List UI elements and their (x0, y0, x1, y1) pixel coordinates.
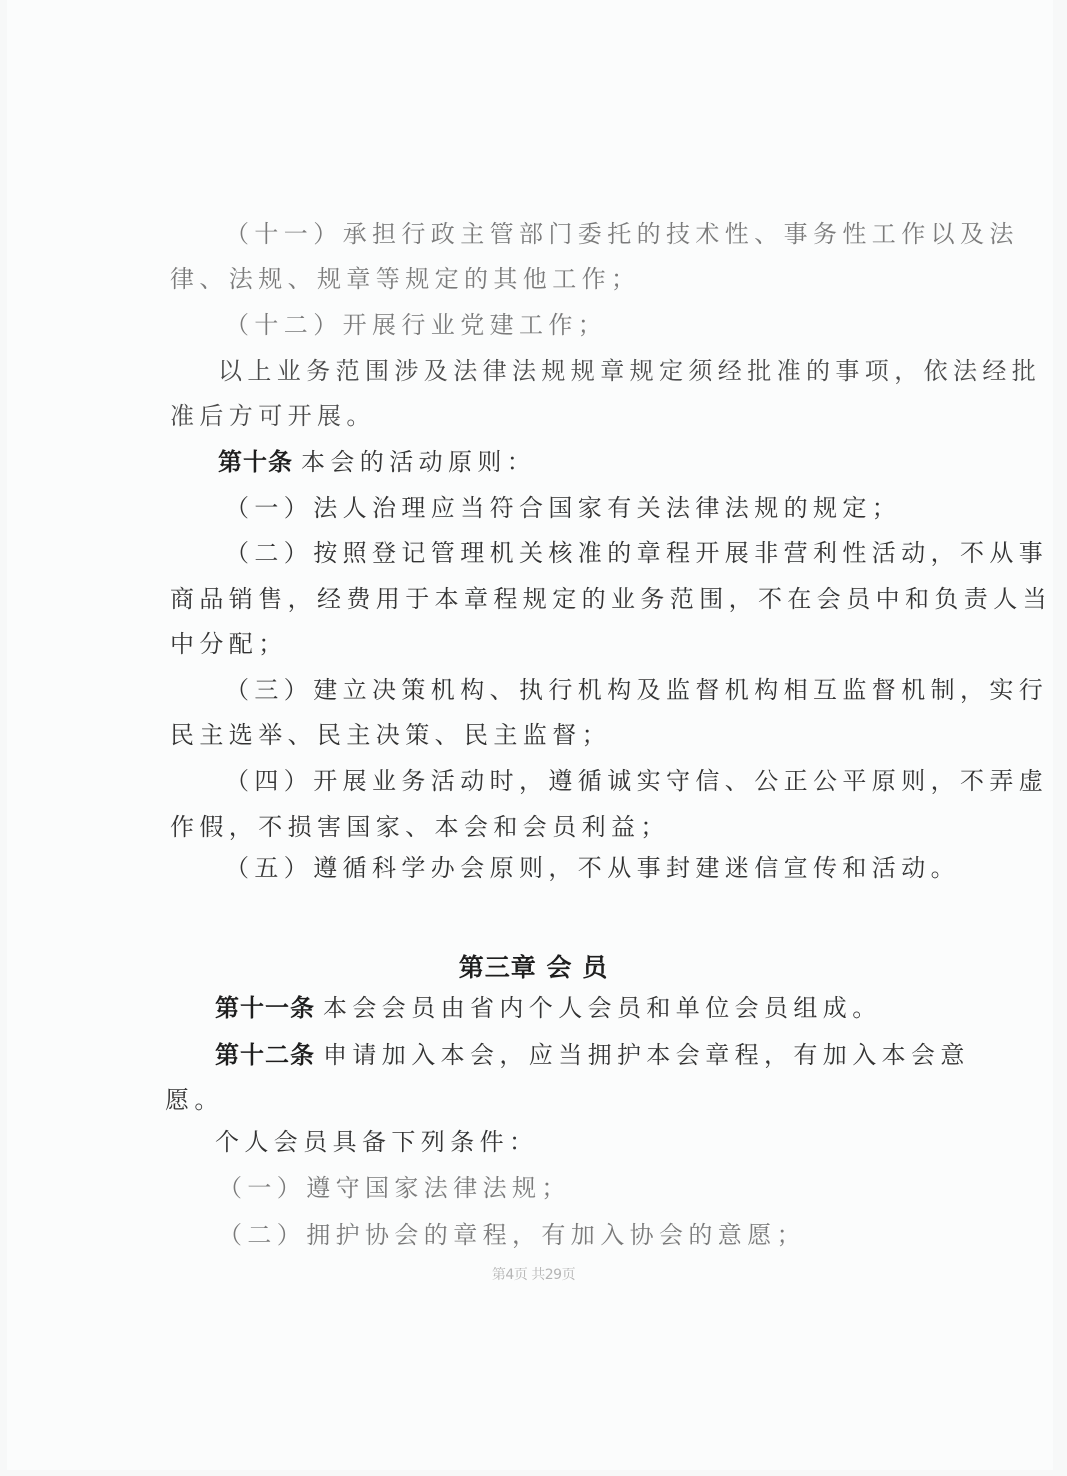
article-label: 第十二条 (215, 1041, 315, 1069)
paragraph-line: （二）拥护协会的章程，有加入协会的意愿； (218, 1220, 806, 1250)
paragraph-line: 愿。 (165, 1085, 224, 1115)
paragraph-line: （十二）开展行业党建工作； (225, 310, 607, 340)
paragraph-line: （二）按照登记管理机关核准的章程开展非营利性活动，不从事 (225, 538, 1048, 568)
paragraph-line: 个人会员具备下列条件： (215, 1127, 538, 1157)
paragraph-line: 作假，不损害国家、本会和会员利益； (170, 812, 670, 842)
paragraph-line: 中分配； (170, 629, 288, 659)
paragraph-line: （五）遵循科学办会原则，不从事封建迷信宣传和活动。 (225, 853, 960, 883)
paragraph-line: （一）遵守国家法律法规； (218, 1173, 571, 1203)
article-10-line: 第十条本会的活动原则： (218, 447, 536, 477)
paragraph-line: 民主选举、民主决策、民主监督； (170, 720, 611, 750)
paragraph-line: （三）建立决策机构、执行机构及监督机构相互监督机制，实行 (225, 675, 1048, 705)
paragraph-line: 准后方可开展。 (170, 401, 376, 431)
article-label: 第十一条 (215, 994, 315, 1022)
article-label: 第十条 (218, 448, 293, 476)
article-text: 本会会员由省内个人会员和单位会员组成。 (323, 994, 882, 1022)
paragraph-line: （十一）承担行政主管部门委托的技术性、事务性工作以及法 (225, 219, 1019, 249)
paragraph-line: （四）开展业务活动时，遵循诚实守信、公正公平原则，不弄虚 (225, 766, 1048, 796)
article-text: 本会的活动原则： (301, 448, 536, 476)
paragraph-line: 商品销售，经费用于本章程规定的业务范围，不在会员中和负责人当 (170, 584, 1052, 614)
article-12-line: 第十二条申请加入本会，应当拥护本会章程，有加入本会意 (215, 1040, 970, 1070)
article-text: 申请加入本会，应当拥护本会章程，有加入本会意 (323, 1041, 970, 1069)
page-number-footer: 第4页 共29页 (0, 1266, 1067, 1284)
article-11-line: 第十一条本会会员由省内个人会员和单位会员组成。 (215, 993, 882, 1023)
chapter-heading: 第三章 会 员 (0, 953, 1067, 983)
paragraph-line: 以上业务范围涉及法律法规规章规定须经批准的事项，依法经批 (218, 356, 1041, 386)
paragraph-line: 律、法规、规章等规定的其他工作； (170, 264, 640, 294)
paragraph-line: （一）法人治理应当符合国家有关法律法规的规定； (225, 493, 901, 523)
